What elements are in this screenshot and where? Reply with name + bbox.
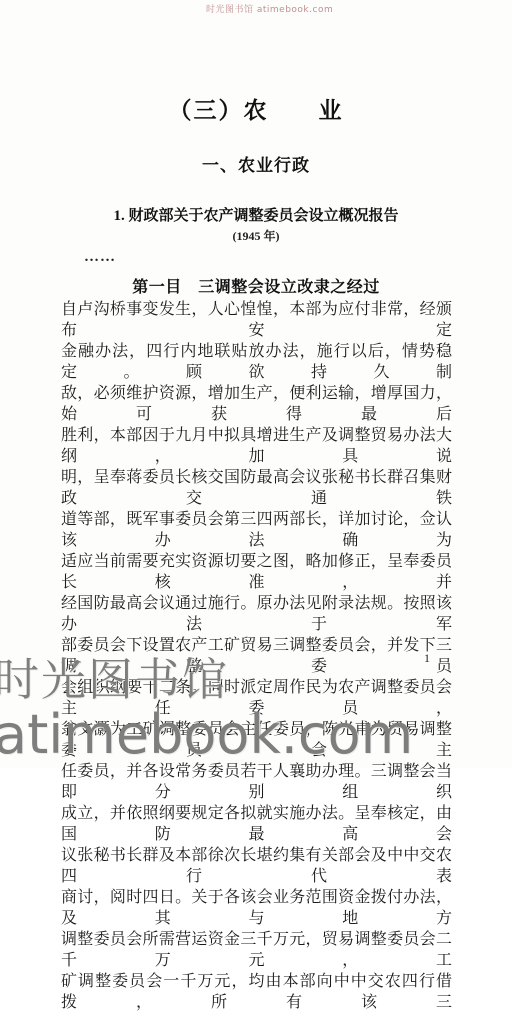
footer-watermark-chinese: 时光图书馆 (0, 653, 413, 707)
body-text-line: 适应当前需要充实资源切要之图，略加修正，呈奉委员长核准，并 (61, 551, 452, 593)
chapter-title: （三）农 业 (0, 92, 512, 125)
section-heading: 一、农业行政 (0, 151, 512, 176)
report-year: (1945 年) (0, 227, 512, 244)
footer-watermark-url: atimebook.com (0, 707, 413, 763)
footer-watermark: 时光图书馆 atimebook.com (0, 653, 413, 763)
body-text-line: 敌，必须维护资源，增加生产，便利运输，增厚国力，始可获得最后 (61, 383, 452, 425)
omission-ellipsis: …… (84, 249, 116, 266)
body-text-line: 经国防最高会议通过施行。原办法见附录法规。按照该办法于军 (61, 593, 452, 635)
report-title: 1. 财政部关于农产调整委员会设立概况报告 (0, 204, 512, 225)
scanned-book-page: 时光图书馆 atimebook.com （三）农 业 一、农业行政 1. 财政部… (0, 0, 512, 768)
subsection-heading: 第一目 三调整会设立改隶之经过 (0, 274, 512, 297)
page-number: 1 (424, 651, 430, 666)
body-text-line: 明，呈奉蒋委员长核交国防最高会议张秘书长群召集财政交通铁 (61, 467, 452, 509)
body-text-line: 道等部，既军事委员会第三四两部长，详加讨论，佥认该办法确为 (61, 509, 452, 551)
body-text-line: 自卢沟桥事变发生，人心惶惶，本部为应付非常，经颁布安定 (61, 299, 452, 341)
header-watermark: 时光图书馆 atimebook.com (206, 2, 333, 15)
body-text-line: 胜利，本部因于九月中拟具增进生产及调整贸易办法大纲，加具说 (61, 425, 452, 467)
body-text-line: 金融办法，四行内地联贴放办法，施行以后，情势稳定。顾欲持久制 (61, 341, 452, 383)
